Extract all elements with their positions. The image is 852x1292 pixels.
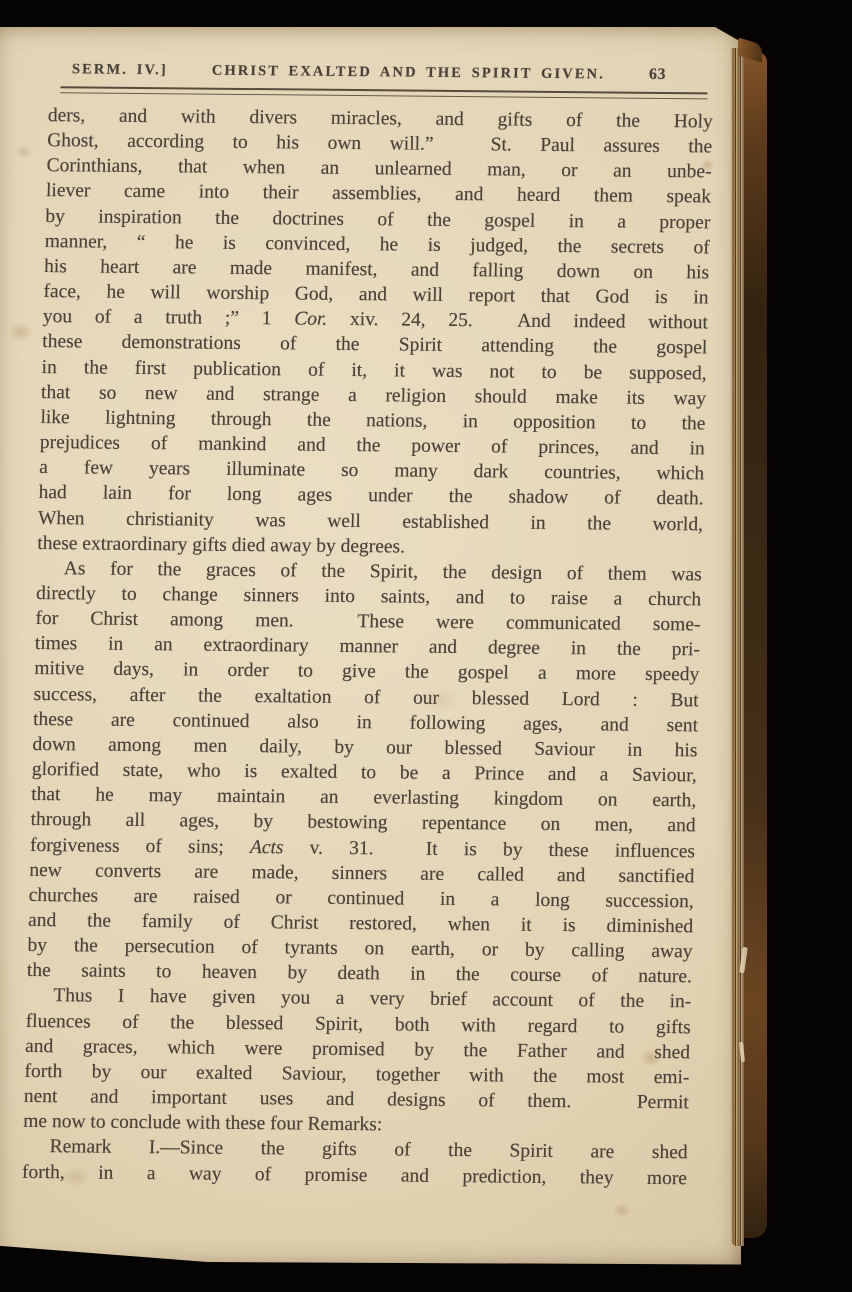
double-rule-divider xyxy=(60,86,707,99)
header-running-title: CHRIST EXALTED AND THE SPIRIT GIVEN. xyxy=(168,62,650,84)
header-page-number: 63 xyxy=(649,66,666,84)
body-text: ders, and with divers miracles, and gift… xyxy=(22,103,713,1191)
page-content: SERM. IV.] CHRIST EXALTED AND THE SPIRIT… xyxy=(0,27,741,1192)
book-page: SERM. IV.] CHRIST EXALTED AND THE SPIRIT… xyxy=(0,27,741,1267)
header-sermon-number: SERM. IV.] xyxy=(72,61,168,79)
photo-background: SERM. IV.] CHRIST EXALTED AND THE SPIRIT… xyxy=(0,0,852,1292)
fore-edge-cover xyxy=(744,52,767,1238)
page-header: SERM. IV.] CHRIST EXALTED AND THE SPIRIT… xyxy=(49,60,714,84)
fore-edge-page-stack xyxy=(731,48,744,1246)
book-fore-edge xyxy=(731,42,769,1252)
foxing-spot xyxy=(612,1203,632,1218)
